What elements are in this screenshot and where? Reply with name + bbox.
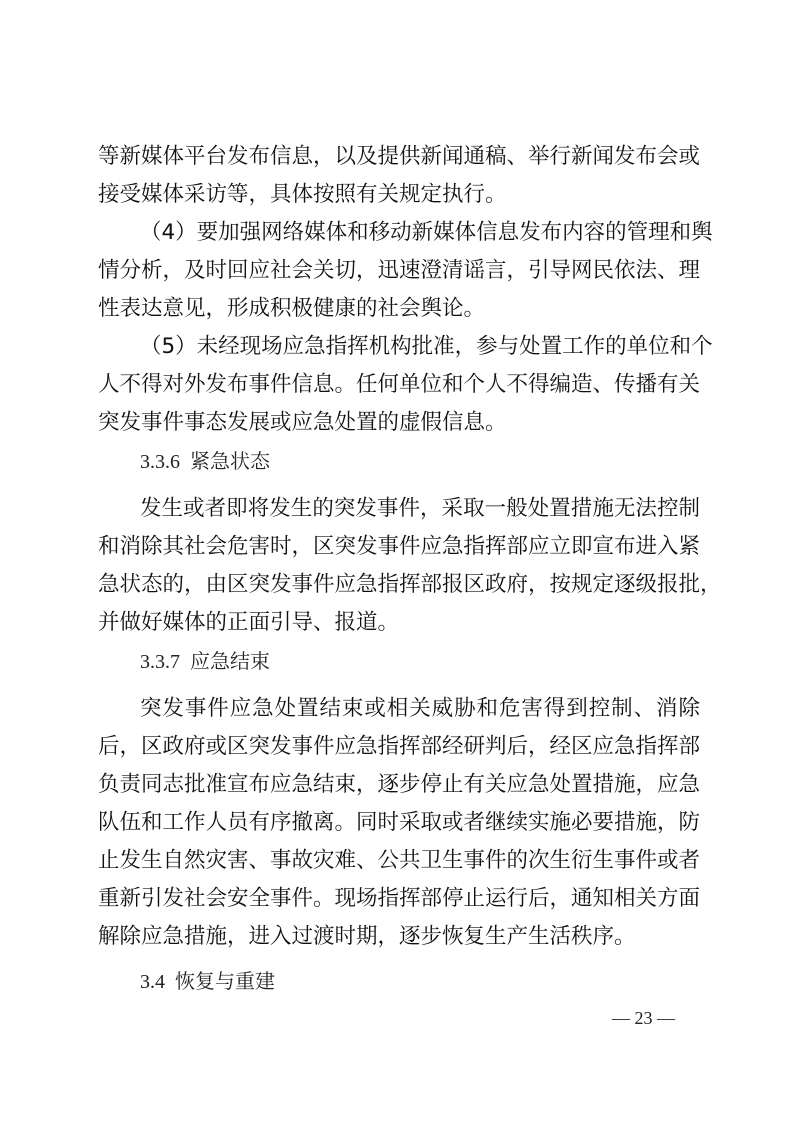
paragraph-line: 并做好媒体的正面引导、报道。	[98, 604, 700, 642]
section-heading-3-3-7: 3.3.7应急结束	[140, 642, 270, 680]
document-page: 等新媒体平台发布信息，以及提供新闻通稿、举行新闻发布会或 接受媒体采访等，具体按…	[0, 0, 793, 1122]
page-number: — 23 —	[612, 1008, 675, 1029]
section-title: 紧急状态	[190, 449, 270, 473]
paragraph-line: 队伍和工作人员有序撤离。同时采取或者继续实施必要措施，防	[98, 804, 700, 842]
paragraph-line: 性表达意见，形成积极健康的社会舆论。	[98, 290, 700, 328]
paragraph-line: 情分析，及时回应社会关切，迅速澄清谣言，引导网民依法、理	[98, 252, 700, 290]
paragraph-line: （4）要加强网络媒体和移动新媒体信息发布内容的管理和舆	[140, 214, 700, 252]
paragraph-line: 解除应急措施，进入过渡时期，逐步恢复生产生活秩序。	[98, 918, 700, 956]
paragraph-line: 急状态的，由区突发事件应急指挥部报区政府，按规定逐级报批，	[98, 566, 700, 604]
paragraph-line: 和消除其社会危害时，区突发事件应急指挥部应立即宣布进入紧	[98, 528, 700, 566]
paragraph-line: 人不得对外发布事件信息。任何单位和个人不得编造、传播有关	[98, 366, 700, 404]
section-heading-3-4: 3.4恢复与重建	[140, 962, 275, 1000]
paragraph-line: 等新媒体平台发布信息，以及提供新闻通稿、举行新闻发布会或	[98, 138, 700, 176]
section-title: 恢复与重建	[175, 969, 275, 993]
paragraph-line: 后，区政府或区突发事件应急指挥部经研判后，经区应急指挥部	[98, 728, 700, 766]
section-number: 3.3.7	[140, 651, 180, 673]
paragraph-line: 突发事件事态发展或应急处置的虚假信息。	[98, 404, 700, 442]
paragraph-line: 止发生自然灾害、事故灾难、公共卫生事件的次生衍生事件或者	[98, 842, 700, 880]
paragraph-line: 接受媒体采访等，具体按照有关规定执行。	[98, 176, 700, 214]
section-heading-3-3-6: 3.3.6紧急状态	[140, 442, 270, 480]
paragraph-line: 重新引发社会安全事件。现场指挥部停止运行后，通知相关方面	[98, 880, 700, 918]
paragraph-line: 发生或者即将发生的突发事件，采取一般处置措施无法控制	[140, 490, 700, 528]
paragraph-line: 突发事件应急处置结束或相关威胁和危害得到控制、消除	[140, 690, 700, 728]
section-number: 3.3.6	[140, 451, 180, 473]
section-number: 3.4	[140, 971, 165, 993]
paragraph-line: （5）未经现场应急指挥机构批准，参与处置工作的单位和个	[140, 328, 700, 366]
paragraph-line: 负责同志批准宣布应急结束，逐步停止有关应急处置措施，应急	[98, 766, 700, 804]
section-title: 应急结束	[190, 649, 270, 673]
